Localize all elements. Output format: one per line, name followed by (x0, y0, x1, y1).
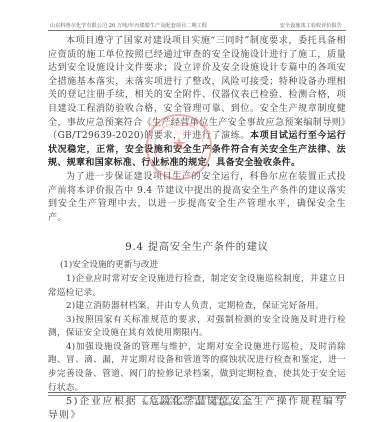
page-number: 419 (337, 396, 346, 401)
subsection-heading: (1)安全设施的更新与改进 (48, 259, 346, 273)
list-item: 4)加强设施设备的管理与维护，定期对安全设施进行巡检，及时消除跑、冒、滴、漏，并… (48, 341, 346, 395)
header-project-title: 山东科鲁尔化学有限公司 26 万吨/年丙烯腈生产及配套项目二期工程 (50, 22, 207, 29)
document-body: 本项目遵守了国家对建设项目实施“三同时”制度要求，委托具备相应资质的施工单位按照… (48, 35, 346, 422)
footer-contact: Tel：0546-8050000, E-mail：sdjrzgjx@163.co… (48, 402, 346, 408)
page-header: 山东科鲁尔化学有限公司 26 万吨/年丙烯腈生产及配套项目二期工程 安全设施竣工… (48, 20, 346, 31)
document-page: 山东科鲁尔化学有限公司 26 万吨/年丙烯腈生产及配套项目二期工程 安全设施竣工… (0, 0, 377, 422)
conclusion-text: 本项目遵守了国家对建设项目实施“三同时”制度要求，委托具备相应资质的施工单位按照… (48, 36, 346, 141)
list-item: 2)建立消防器材档案，并由专人负责，定期检查，保证完好备用。 (48, 300, 346, 314)
section-heading: 9.4 提高安全生产条件的建议 (48, 238, 346, 253)
list-item: 1)企业应时常对安全设施进行检查，制定安全设施巡检制度，并建立日常巡检记录。 (48, 273, 346, 300)
page-footer: 山东匠人安全技术服务有限公司 Tel：0546-8050000, E-mail：… (48, 396, 346, 408)
footer-divider (48, 392, 346, 393)
conclusion-paragraph: 本项目遵守了国家对建设项目实施“三同时”制度要求，委托具备相应资质的施工单位按照… (48, 35, 346, 171)
header-report-title: 安全设施竣工验收评价报告 (280, 22, 342, 29)
list-item: 3)按照国家有关标准规范的要求，对强制检测的安全设施及时进行检测，保证安全设施在… (48, 314, 346, 341)
recommendation-paragraph: 为了进一步保证建设项目生产的安全运行，科鲁尔应在装置正式投产前将本评价报告中 9… (48, 171, 346, 225)
